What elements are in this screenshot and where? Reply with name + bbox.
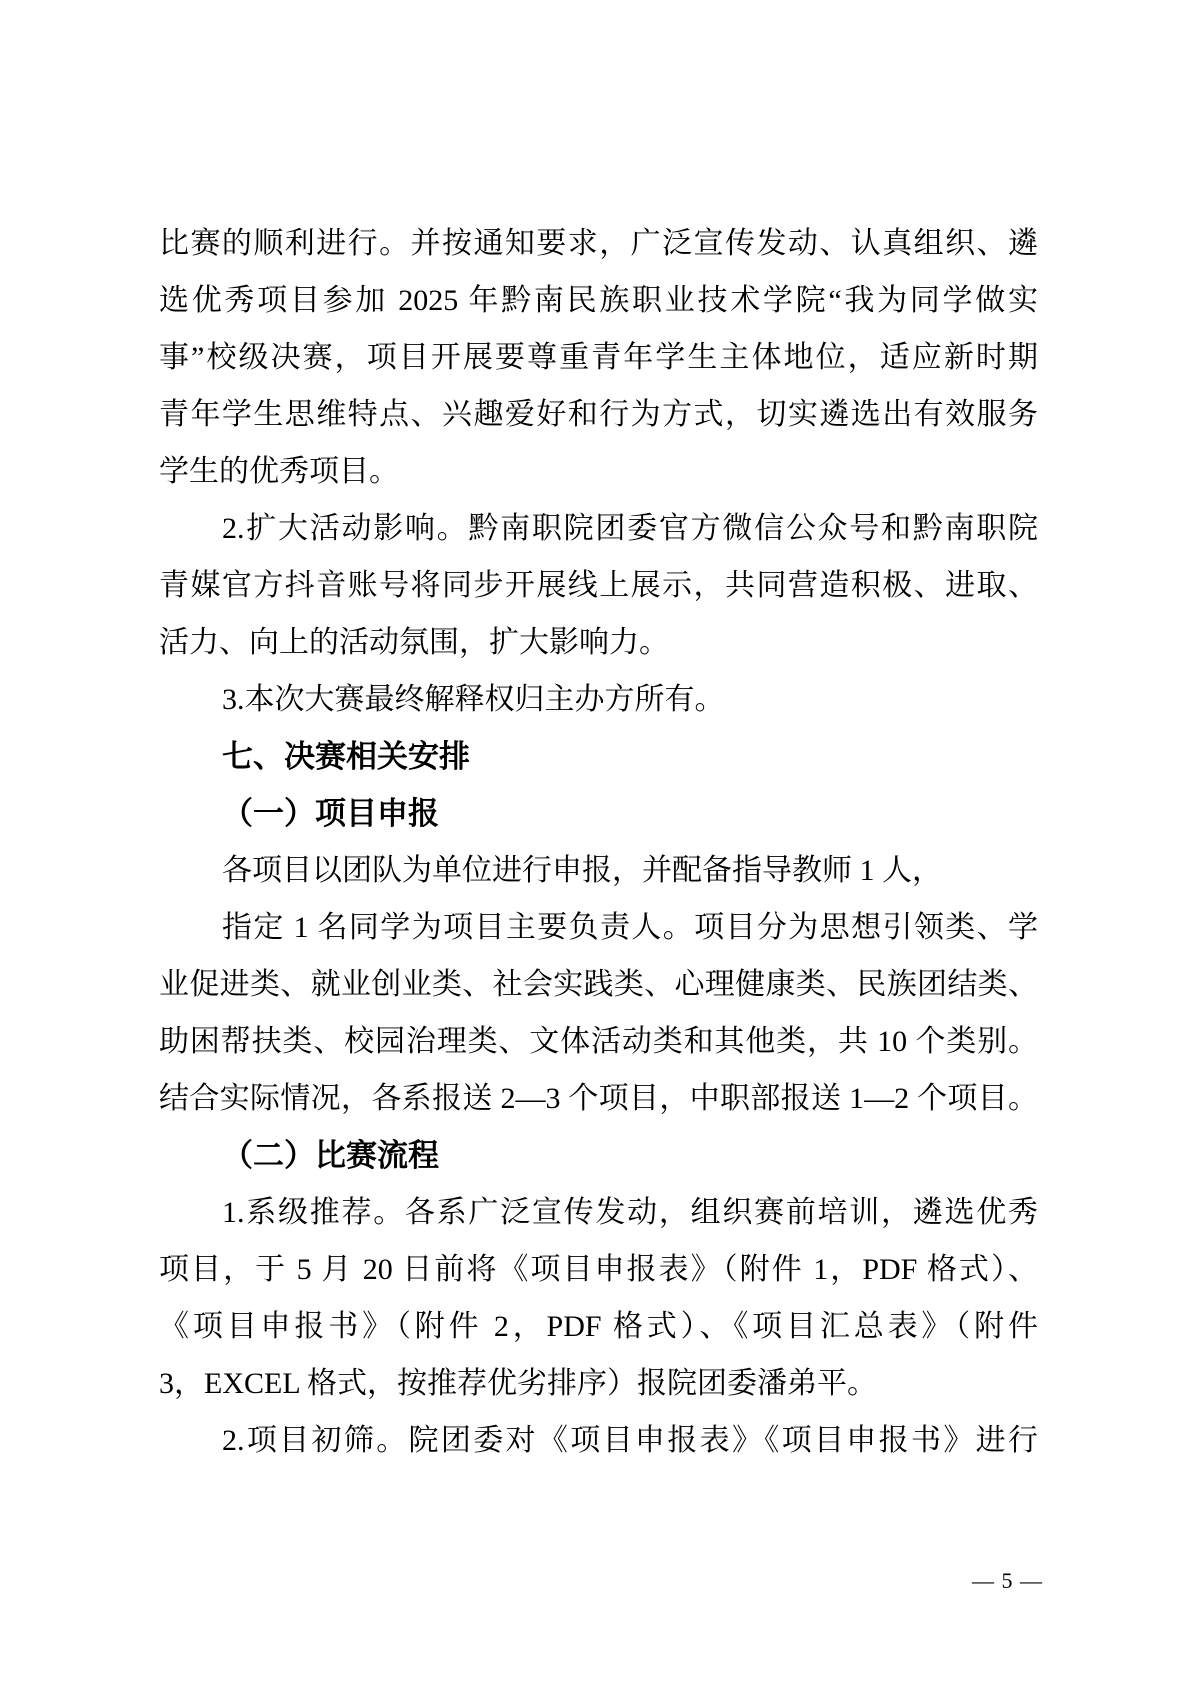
text-line: 指定 1 名同学为项目主要负责人。项目分为思想引领类、学	[159, 899, 1038, 956]
text-line: 1.系级推荐。各系广泛宣传发动，组织赛前培训，遴选优秀	[159, 1184, 1038, 1241]
subsection-heading: （一）项目申报	[159, 785, 1038, 842]
text-line: 3.本次大赛最终解释权归主办方所有。	[159, 671, 1038, 728]
text-line: 选优秀项目参加 2025 年黔南民族职业技术学院“我为同学做实	[159, 272, 1038, 329]
text-line: 业促进类、就业创业类、社会实践类、心理健康类、民族团结类、	[159, 956, 1038, 1013]
document-body: 比赛的顺利进行。并按通知要求，广泛宣传发动、认真组织、遴 选优秀项目参加 202…	[159, 215, 1038, 1469]
text-line: 《项目申报书》（附件 2，PDF 格式）、《项目汇总表》（附件	[159, 1298, 1038, 1355]
section-heading: 七、决赛相关安排	[159, 728, 1038, 785]
subsection-heading: （二）比赛流程	[159, 1127, 1038, 1184]
text-line: 青年学生思维特点、兴趣爱好和行为方式，切实遴选出有效服务	[159, 386, 1038, 443]
text-line: 比赛的顺利进行。并按通知要求，广泛宣传发动、认真组织、遴	[159, 215, 1038, 272]
text-line: 活力、向上的活动氛围，扩大影响力。	[159, 614, 1038, 671]
text-line: 3，EXCEL 格式，按推荐优劣排序）报院团委潘弟平。	[159, 1355, 1038, 1412]
text-line: 青媒官方抖音账号将同步开展线上展示，共同营造积极、进取、	[159, 557, 1038, 614]
text-line: 结合实际情况，各系报送 2—3 个项目，中职部报送 1—2 个项目。	[159, 1070, 1038, 1127]
text-line: 助困帮扶类、校园治理类、文体活动类和其他类，共 10 个类别。	[159, 1013, 1038, 1070]
document-page: 比赛的顺利进行。并按通知要求，广泛宣传发动、认真组织、遴 选优秀项目参加 202…	[0, 0, 1191, 1684]
text-line: 2.扩大活动影响。黔南职院团委官方微信公众号和黔南职院	[159, 500, 1038, 557]
page-number: — 5 —	[972, 1570, 1043, 1592]
text-line: 事”校级决赛，项目开展要尊重青年学生主体地位，适应新时期	[159, 329, 1038, 386]
text-line: 学生的优秀项目。	[159, 443, 1038, 500]
text-line: 2.项目初筛。院团委对《项目申报表》《项目申报书》进行	[159, 1412, 1038, 1469]
text-line: 项目，于 5 月 20 日前将《项目申报表》（附件 1，PDF 格式）、	[159, 1241, 1038, 1298]
text-line: 各项目以团队为单位进行申报，并配备指导教师 1 人，	[159, 842, 1038, 899]
